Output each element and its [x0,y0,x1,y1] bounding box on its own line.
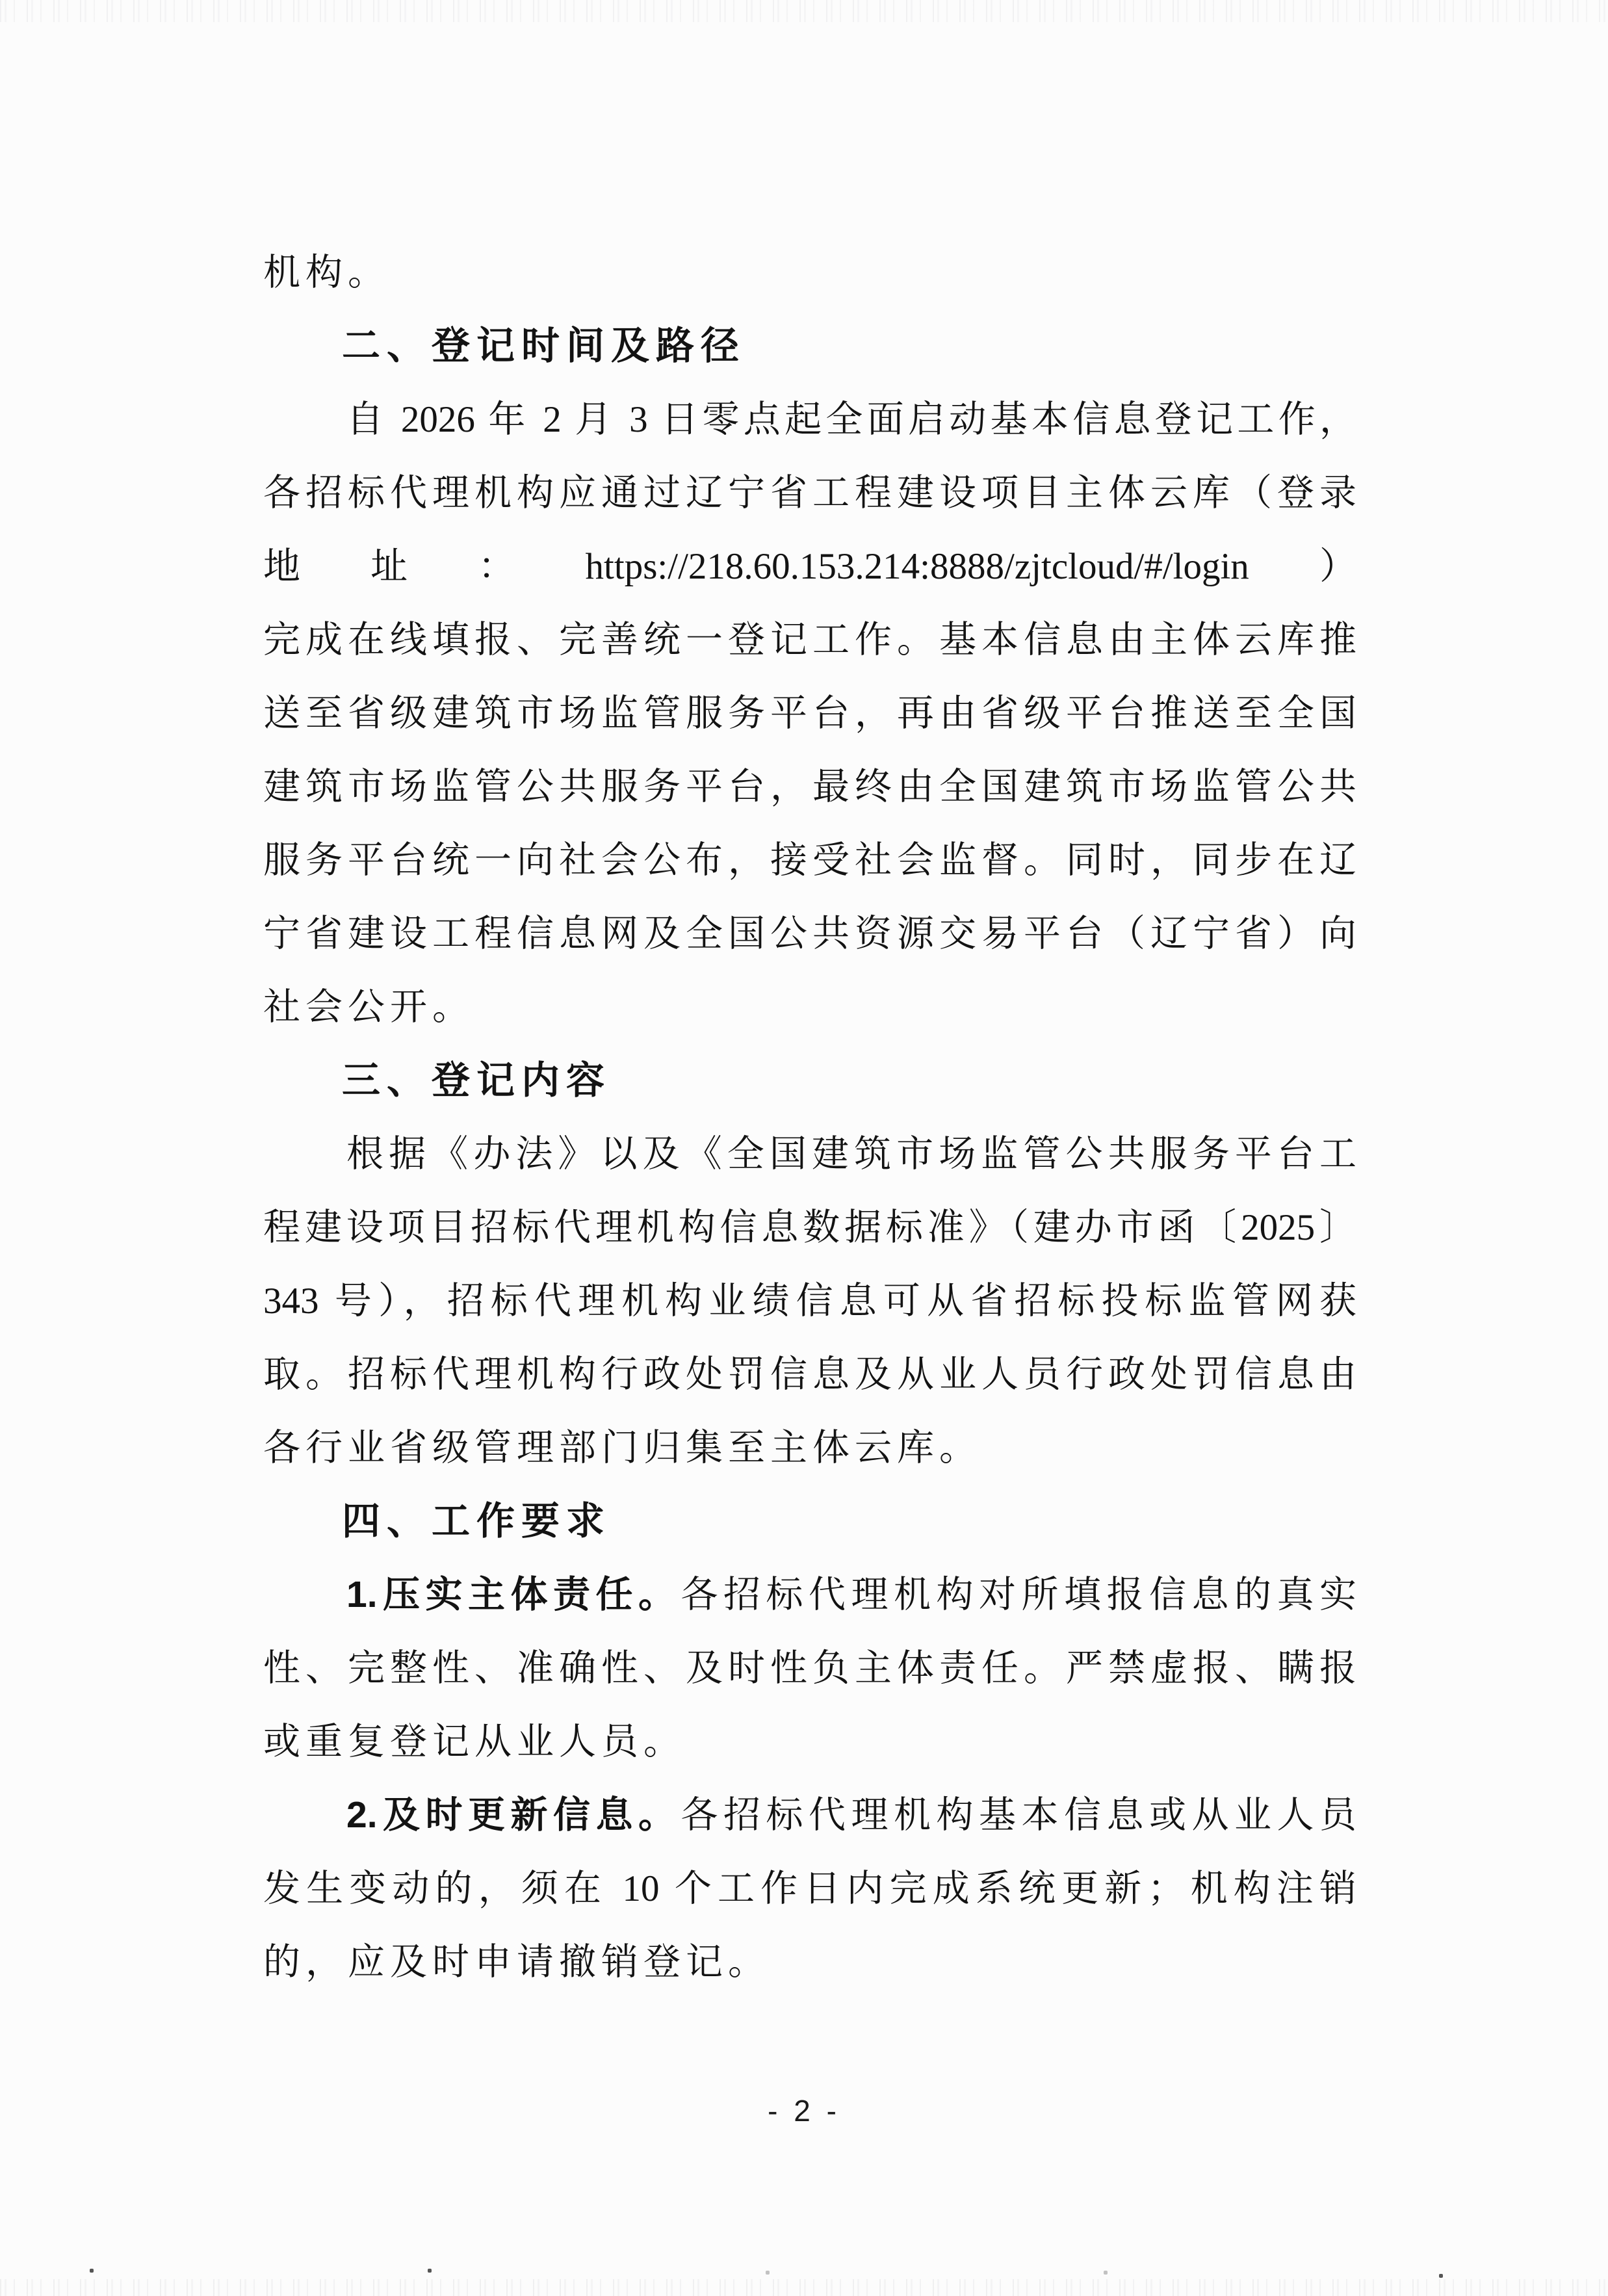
paragraph-line: 性、完整性、准确性、及时性负主体责任。严禁虚报、瞒报 [263,1632,1356,1705]
paragraph-tail-line: 社会公开。 [263,971,1356,1044]
paragraph-line: 取。招标代理机构行政处罚信息及从业人员行政处罚信息由 [263,1338,1356,1411]
paragraph-line: 程建设项目招标代理机构信息数据标准》（建办市函〔2025〕 [263,1191,1356,1264]
scan-noise-top [0,0,1608,22]
document-body: 机构。 二、登记时间及路径 自 2026 年 2 月 3 日零点起全面启动基本信… [263,236,1356,1999]
paragraph-first-line-item-1: 1.压实主体责任。各招标代理机构对所填报信息的真实 [263,1558,1356,1632]
paragraph-tail-line: 各行业省级管理部门归集至主体云库。 [263,1411,1356,1485]
paragraph-tail-line: 机构。 [263,236,1356,309]
paragraph-line: 发生变动的，须在 10 个工作日内完成系统更新；机构注销 [263,1852,1356,1925]
paragraph-line: 各招标代理机构应通过辽宁省工程建设项目主体云库（登录 [263,456,1356,530]
paragraph-tail-line: 的，应及时申请撤销登记。 [263,1925,1356,1999]
paragraph-tail-line: 或重复登记从业人员。 [263,1705,1356,1779]
paragraph-line: 服务平台统一向社会公布，接受社会监督。同时，同步在辽 [263,824,1356,897]
item-2-bold-lead: 2.及时更新信息。 [346,1794,681,1836]
section-heading-2: 二、登记时间及路径 [263,309,1356,383]
scan-noise-bottom [0,2279,1608,2296]
paragraph-first-line: 根据《办法》以及《全国建筑市场监管公共服务平台工 [263,1117,1356,1191]
scan-mark [1439,2274,1443,2278]
page-number: - 2 - [0,2092,1608,2130]
scanned-document-page: 机构。 二、登记时间及路径 自 2026 年 2 月 3 日零点起全面启动基本信… [0,0,1608,2296]
scan-mark [428,2269,432,2273]
paragraph-first-line-item-2: 2.及时更新信息。各招标代理机构基本信息或从业人员 [263,1779,1356,1852]
paragraph-first-line: 自 2026 年 2 月 3 日零点起全面启动基本信息登记工作， [263,383,1356,456]
paragraph-line: 完成在线填报、完善统一登记工作。基本信息由主体云库推 [263,603,1356,677]
scan-mark [766,2271,770,2275]
item-1-bold-lead: 1.压实主体责任。 [346,1574,681,1615]
item-2-rest: 各招标代理机构基本信息或从业人员 [681,1795,1356,1836]
paragraph-line: 343 号），招标代理机构业绩信息可从省招标投标监管网获 [263,1264,1356,1338]
paragraph-line-login-url: 地址：https://218.60.153.214:8888/zjtcloud/… [263,530,1356,603]
paragraph-line: 宁省建设工程信息网及全国公共资源交易平台（辽宁省）向 [263,897,1356,971]
item-1-rest: 各招标代理机构对所填报信息的真实 [681,1574,1356,1615]
section-heading-3: 三、登记内容 [263,1044,1356,1117]
paragraph-line: 送至省级建筑市场监管服务平台，再由省级平台推送至全国 [263,677,1356,750]
paragraph-line: 建筑市场监管公共服务平台，最终由全国建筑市场监管公共 [263,750,1356,824]
scan-mark [1104,2271,1108,2275]
scan-mark [90,2269,94,2273]
section-heading-4: 四、工作要求 [263,1485,1356,1558]
